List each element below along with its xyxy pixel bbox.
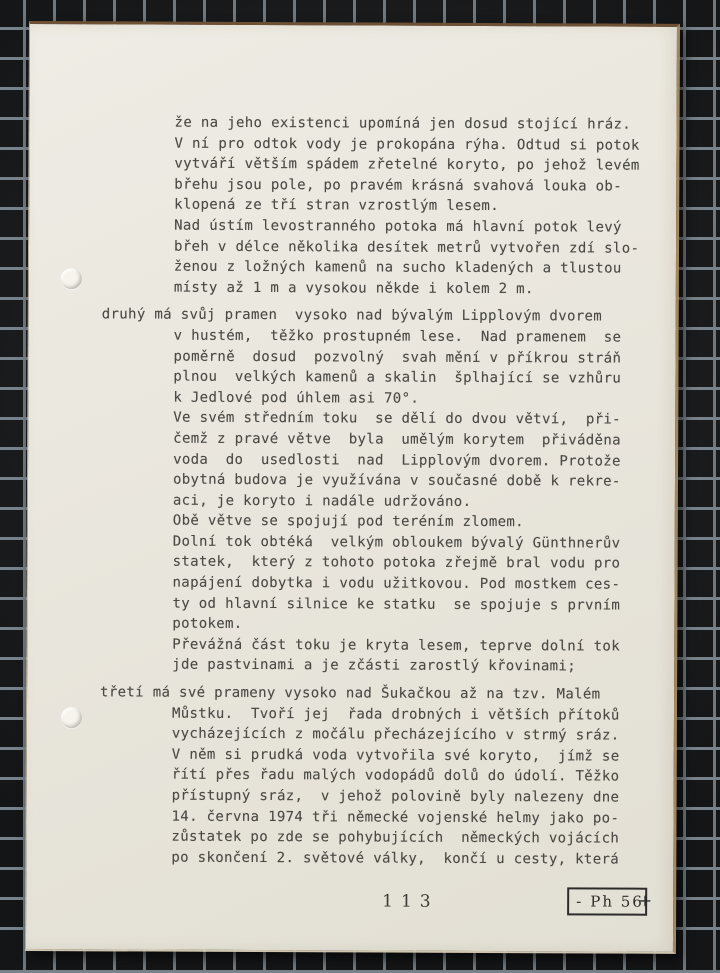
text-line: jde pastvinami a je zčásti zarostlý křov… [27, 654, 674, 677]
text-line: přístupný sráz, v jehož polovině byly na… [27, 785, 674, 808]
photo-background: že na jeho existenci upomíná jen dosud s… [0, 0, 720, 973]
text-line: vytváří větším spádem zřetelné koryto, p… [29, 153, 676, 176]
archival-stamp: - Ph 56 + [567, 887, 647, 915]
text-line: obytná budova je využívána v současné do… [28, 469, 675, 492]
text-line: Ve svém středním toku se dělí do dvou vě… [28, 407, 675, 430]
text-line: napájení dobytka i vodu užitkovou. Pod m… [28, 572, 675, 595]
text-line: ženou z ložných kamenů na sucho kladenýc… [29, 256, 676, 279]
text-line: k Jedlové pod úhlem asi 70°. [28, 387, 675, 410]
text-line: vycházejících z močálu přecházejícího v … [27, 723, 674, 746]
text-line: poměrně dosud pozvolný svah mění v příkr… [28, 346, 675, 369]
text-line: aci, je koryto i nadále udržováno. [28, 490, 675, 513]
text-line: druhý má svůj pramen vysoko nad bývalým … [29, 304, 676, 327]
stamp-label: Ph 56 [590, 892, 644, 910]
page-number: 113 [382, 892, 439, 912]
text-line: 14. června 1974 tři německé vojenské hel… [26, 806, 673, 829]
text-line: plnou velkých kamenů a skalin šplhající … [28, 366, 675, 389]
text-line: místy až 1 m a vysokou někde i kolem 2 m… [29, 277, 676, 300]
text-line: třetí má své prameny vysoko nad Šukačkou… [27, 682, 674, 705]
stamp-dash: - [576, 892, 581, 910]
text-line: břeh v délce několika desítek metrů vytv… [29, 236, 676, 259]
text-line: řítí přes řadu malých vodopádů dolů do ú… [27, 764, 674, 787]
text-line: čemž z pravé větve byla umělým korytem p… [28, 428, 675, 451]
text-line: Převážná část toku je kryta lesem, teprv… [27, 634, 674, 657]
text-line: ty od hlavní silnice ke statku se spojuj… [27, 593, 674, 616]
document-page: že na jeho existenci upomíná jen dosud s… [25, 21, 680, 954]
text-line: Dolní tok obtéká velkým obloukem bývalý … [28, 531, 675, 554]
text-line: V ní pro odtok vody je prokopána rýha. O… [29, 133, 676, 156]
text-line: po skončení 2. světové války, končí u ce… [26, 847, 673, 870]
text-line: potokem. [27, 613, 674, 636]
text-line: v hustém, těžko prostupném lese. Nad pra… [29, 325, 676, 348]
text-line: Obě větve se spojují pod teréním zlomem. [28, 510, 675, 533]
text-line: V něm si prudká voda vytvořila své koryt… [27, 744, 674, 767]
text-line: klopená ze tří stran vzrostlým lesem. [29, 194, 676, 217]
text-line: břehu jsou pole, po pravém krásná svahov… [29, 174, 676, 197]
text-line: Můstku. Tvoří jej řada drobných i většíc… [27, 703, 674, 726]
text-line: statek, který z tohoto potoka zřejmě bra… [28, 551, 675, 574]
text-line: zůstatek po zde se pohybujících německýc… [26, 826, 673, 849]
text-line: voda do usedlosti nad Lipplovým dvorem. … [28, 449, 675, 472]
typewritten-text: že na jeho existenci upomíná jen dosud s… [26, 112, 676, 870]
stamp-plus: + [638, 891, 652, 911]
text-line: Nad ústím levostranného potoka má hlavní… [29, 215, 676, 238]
text-line: že na jeho existenci upomíná jen dosud s… [30, 112, 677, 135]
